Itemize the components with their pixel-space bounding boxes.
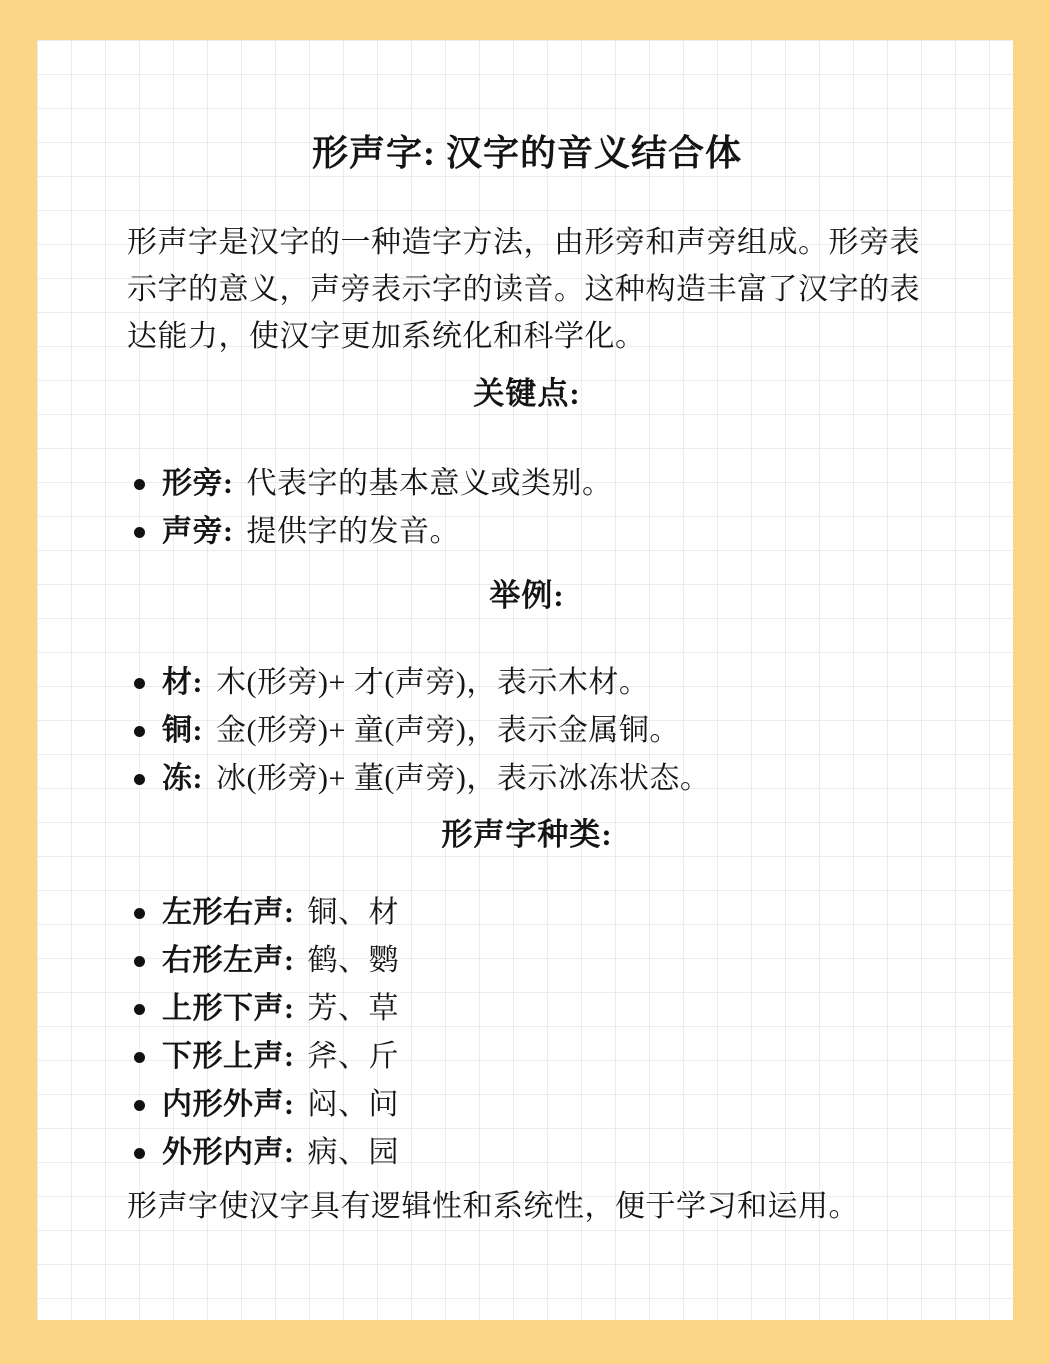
section-heading-key-points: 关键点:	[127, 372, 927, 416]
list-item-text: 内形外声:闷、问	[162, 1085, 399, 1125]
list-item: 右形左声:鹤、鹦	[127, 941, 927, 981]
list-item: 材:木(形旁)+ 才(声旁)，表示木材。	[127, 663, 927, 703]
bullet-dot	[134, 774, 145, 785]
bullet-dot	[134, 1100, 145, 1111]
list-item-text: 右形左声:鹤、鹦	[162, 941, 399, 981]
list-item: 冻:冰(形旁)+ 董(声旁)，表示冰冻状态。	[127, 759, 927, 799]
term-label: 外形内声:	[162, 1136, 295, 1169]
examples-list: 材:木(形旁)+ 才(声旁)，表示木材。 铜:金(形旁)+ 童(声旁)，表示金属…	[127, 663, 927, 799]
closing-paragraph: 形声字使汉字具有逻辑性和系统性，便于学习和运用。	[127, 1183, 927, 1230]
page-title: 形声字: 汉字的音义结合体	[127, 132, 927, 175]
section-heading-kinds: 形声字种类:	[127, 813, 927, 857]
item-description: 鹤、鹦	[308, 944, 400, 977]
item-description: 铜、材	[308, 896, 400, 929]
bullet-dot	[134, 1004, 145, 1015]
list-item-text: 左形右声:铜、材	[162, 893, 399, 933]
list-item: 上形下声:芳、草	[127, 989, 927, 1029]
term-label: 声旁:	[162, 515, 234, 548]
list-item: 外形内声:病、园	[127, 1133, 927, 1173]
paper-sheet: 形声字: 汉字的音义结合体 形声字是汉字的一种造字方法，由形旁和声旁组成。形旁表…	[37, 40, 1013, 1320]
item-description: 病、园	[308, 1136, 400, 1169]
item-description: 闷、问	[308, 1088, 400, 1121]
section-key-points: 关键点: 形旁:代表字的基本意义或类别。 声旁:提供字的发音。	[127, 372, 927, 552]
bullet-dot	[134, 1052, 145, 1063]
list-item: 左形右声:铜、材	[127, 893, 927, 933]
bullet-dot	[134, 726, 145, 737]
item-description: 提供字的发音。	[247, 515, 461, 548]
bullet-dot	[134, 479, 145, 490]
term-label: 材:	[162, 666, 203, 699]
list-item-text: 上形下声:芳、草	[162, 989, 399, 1029]
list-item: 内形外声:闷、问	[127, 1085, 927, 1125]
list-item-text: 材:木(形旁)+ 才(声旁)，表示木材。	[162, 663, 649, 703]
item-description: 木(形旁)+ 才(声旁)，表示木材。	[216, 666, 649, 699]
list-item-text: 下形上声:斧、斤	[162, 1037, 399, 1077]
item-description: 代表字的基本意义或类别。	[247, 467, 613, 500]
list-item: 形旁:代表字的基本意义或类别。	[127, 464, 927, 504]
document-content: 形声字: 汉字的音义结合体 形声字是汉字的一种造字方法，由形旁和声旁组成。形旁表…	[37, 40, 1013, 1230]
item-description: 芳、草	[308, 992, 400, 1025]
kinds-list: 左形右声:铜、材 右形左声:鹤、鹦 上形下声:芳、草 下形上声:斧、斤	[127, 893, 927, 1173]
item-description: 金(形旁)+ 童(声旁)，表示金属铜。	[216, 714, 680, 747]
key-points-list: 形旁:代表字的基本意义或类别。 声旁:提供字的发音。	[127, 464, 927, 552]
bullet-dot	[134, 1148, 145, 1159]
term-label: 上形下声:	[162, 992, 295, 1025]
list-item: 铜:金(形旁)+ 童(声旁)，表示金属铜。	[127, 711, 927, 751]
list-item-text: 外形内声:病、园	[162, 1133, 399, 1173]
term-label: 下形上声:	[162, 1040, 295, 1073]
term-label: 右形左声:	[162, 944, 295, 977]
term-label: 铜:	[162, 714, 203, 747]
list-item: 下形上声:斧、斤	[127, 1037, 927, 1077]
term-label: 内形外声:	[162, 1088, 295, 1121]
list-item-text: 声旁:提供字的发音。	[162, 512, 460, 552]
intro-paragraph: 形声字是汉字的一种造字方法，由形旁和声旁组成。形旁表示字的意义，声旁表示字的读音…	[127, 219, 927, 360]
term-label: 形旁:	[162, 467, 234, 500]
section-kinds: 形声字种类: 左形右声:铜、材 右形左声:鹤、鹦 上形下声:芳、草	[127, 813, 927, 1173]
section-heading-examples: 举例:	[127, 574, 927, 618]
list-item-text: 冻:冰(形旁)+ 董(声旁)，表示冰冻状态。	[162, 759, 710, 799]
bullet-dot	[134, 956, 145, 967]
term-label: 左形右声:	[162, 896, 295, 929]
list-item-text: 形旁:代表字的基本意义或类别。	[162, 464, 613, 504]
section-examples: 举例: 材:木(形旁)+ 才(声旁)，表示木材。 铜:金(形旁)+ 童(声旁)，…	[127, 574, 927, 799]
bullet-dot	[134, 527, 145, 538]
bullet-dot	[134, 908, 145, 919]
bullet-dot	[134, 678, 145, 689]
item-description: 斧、斤	[308, 1040, 400, 1073]
list-item-text: 铜:金(形旁)+ 童(声旁)，表示金属铜。	[162, 711, 680, 751]
term-label: 冻:	[162, 762, 203, 795]
list-item: 声旁:提供字的发音。	[127, 512, 927, 552]
item-description: 冰(形旁)+ 董(声旁)，表示冰冻状态。	[216, 762, 710, 795]
page-frame: 形声字: 汉字的音义结合体 形声字是汉字的一种造字方法，由形旁和声旁组成。形旁表…	[0, 0, 1050, 1364]
